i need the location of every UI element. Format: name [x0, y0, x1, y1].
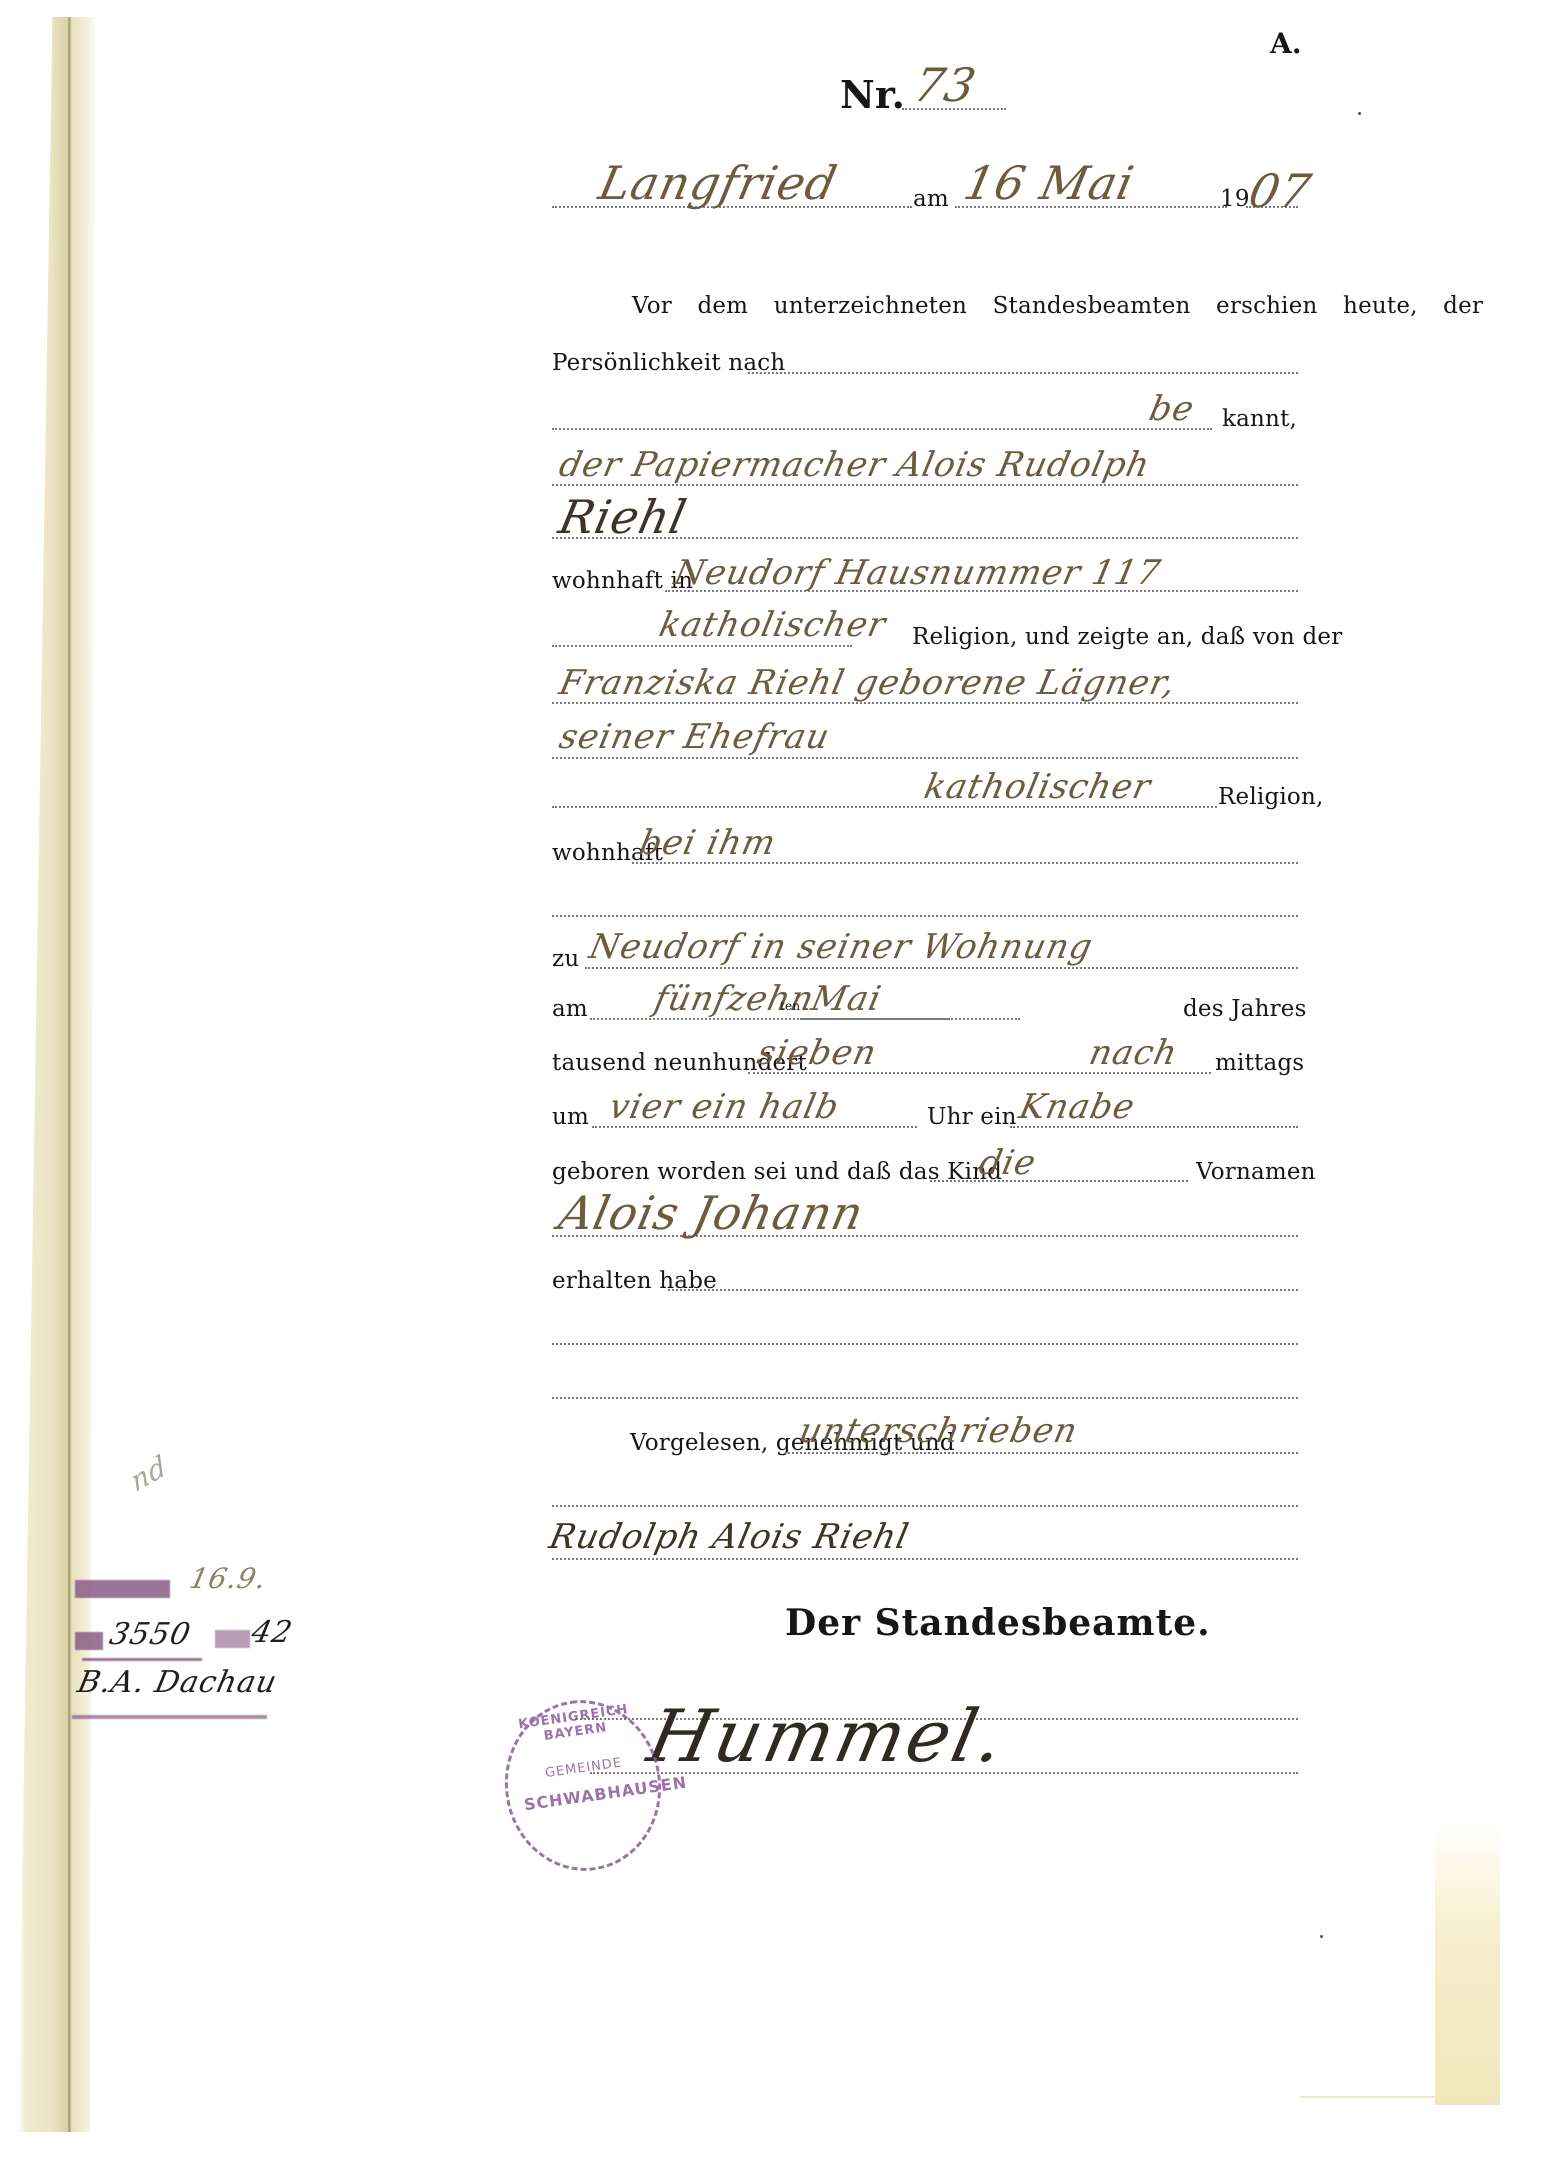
birth-time: vier ein halb	[606, 1090, 842, 1124]
mother-residence: bei ihm	[636, 826, 779, 860]
bekannt-hand: be	[1146, 392, 1197, 426]
mother-relation: seiner Ehefrau	[556, 720, 833, 754]
vornamen-line	[930, 1180, 1188, 1182]
mother: Franziska Riehl geborene Lägner,	[556, 666, 1179, 700]
mittags-hand: nach	[1086, 1036, 1180, 1070]
margin-stamp-underline	[82, 1658, 202, 1661]
date-day-month: 16 Mai	[960, 160, 1138, 206]
margin-stamp-nr-bar	[75, 1632, 103, 1650]
vorgelesen-line	[785, 1452, 1298, 1454]
form-letter: A.	[1270, 30, 1302, 58]
entry-number-label: Nr.	[840, 76, 905, 114]
intro-line: Vor dem unterzeichneten Standesbeamten e…	[632, 295, 1483, 318]
margin-stamp-year: 42	[249, 1618, 296, 1648]
paper-edge-stain	[1435, 1820, 1500, 2105]
margin-stamp-number: 3550	[107, 1620, 194, 1650]
margin-stamp-date: 16.9.	[187, 1565, 269, 1593]
blank-line-2	[552, 1343, 1298, 1345]
binding-strip	[18, 17, 98, 2132]
signature-line-top	[552, 1505, 1298, 1507]
bekannt-label: kannt,	[1222, 408, 1297, 431]
blank-line-1	[552, 915, 1298, 917]
bekannt-line	[552, 428, 1212, 430]
mother-religion-hand: katholischer	[921, 770, 1154, 804]
margin-pencil-note: nd	[128, 1451, 170, 1497]
place: Langfried	[595, 160, 841, 206]
margin-stamp-label-bar	[75, 1580, 170, 1598]
vornamen-label: Vornamen	[1196, 1161, 1316, 1184]
paper-speck	[1358, 112, 1361, 115]
des-jahres-label: des Jahres	[1183, 998, 1307, 1021]
registrar-signature: Hummel.	[642, 1700, 1013, 1772]
residence: Neudorf Hausnummer 117	[671, 556, 1164, 590]
birthplace-line	[585, 967, 1298, 969]
margin-stamp-office: B.A. Dachau	[75, 1668, 280, 1698]
mother-relation-line	[552, 757, 1298, 759]
entry-number: 73	[910, 62, 980, 108]
uhr-label: Uhr ein	[927, 1106, 1017, 1129]
seal-inner-line2: SCHWABHAUSEN	[523, 1778, 650, 1814]
religion-line	[552, 645, 852, 647]
persoenlichkeit-line	[748, 372, 1298, 374]
mittags-label: mittags	[1215, 1052, 1304, 1075]
birthplace-label: zu	[552, 948, 579, 971]
registrar-heading: Der Standesbeamte.	[785, 1605, 1211, 1641]
child-names: Alois Johann	[555, 1190, 868, 1236]
vornamen-hand: die	[976, 1146, 1039, 1180]
margin-stamp-year-bar	[215, 1630, 250, 1648]
vorgelesen-hand: unterschrieben	[796, 1414, 1080, 1448]
birth-year-word: sieben	[754, 1036, 879, 1070]
paper-speck	[1320, 1935, 1323, 1938]
religion-hand: katholischer	[656, 608, 889, 642]
seal-inner-line1: GEMEINDE	[523, 1752, 644, 1784]
ten-superscript: ten	[780, 1000, 800, 1012]
birthplace: Neudorf in seiner Wohnung	[586, 930, 1095, 964]
informant: der Papiermacher Alois Rudolph	[556, 448, 1153, 482]
blank-line-3	[552, 1397, 1298, 1399]
um-label: um	[552, 1106, 589, 1129]
informant-signature-line	[552, 1558, 1298, 1560]
religion-label: Religion, und zeigte an, daß von der	[912, 626, 1342, 649]
child-sex: Knabe	[1016, 1090, 1138, 1124]
year-suffix: 07	[1245, 168, 1315, 214]
mother-religion-label: Religion,	[1218, 786, 1324, 809]
informant-signature: Rudolph Alois Riehl	[546, 1520, 912, 1554]
margin-stamp-bottom-line	[72, 1715, 267, 1719]
informant-surname: Riehl	[555, 494, 691, 540]
erhalten-line	[668, 1289, 1298, 1291]
date-prefix: am	[913, 188, 949, 211]
seal-ring-text: KOENIGREICH BAYERN	[506, 1700, 643, 1748]
am-label: am	[552, 998, 588, 1021]
paper-edge-line	[1300, 2096, 1435, 2098]
birth-month: Mai	[808, 982, 884, 1016]
